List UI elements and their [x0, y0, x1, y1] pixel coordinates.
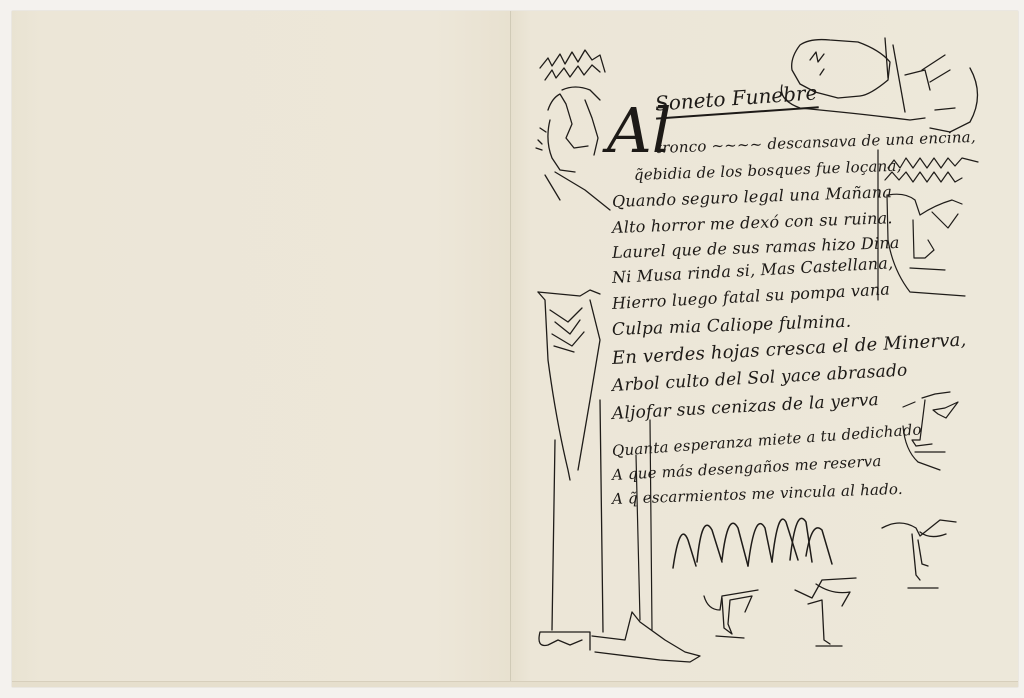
reclining-figure-icon — [781, 38, 977, 132]
portrait-sketch-icon — [536, 50, 610, 210]
arches-row-icon — [673, 518, 832, 568]
small-face-icon — [903, 392, 958, 470]
standing-figure-icon — [538, 290, 700, 662]
face-sketch-right-icon — [878, 150, 978, 300]
nose-brow-glyphs-icon — [704, 520, 956, 646]
illustrations-layer — [0, 0, 1024, 698]
vertical-stroke-icon — [636, 420, 652, 630]
